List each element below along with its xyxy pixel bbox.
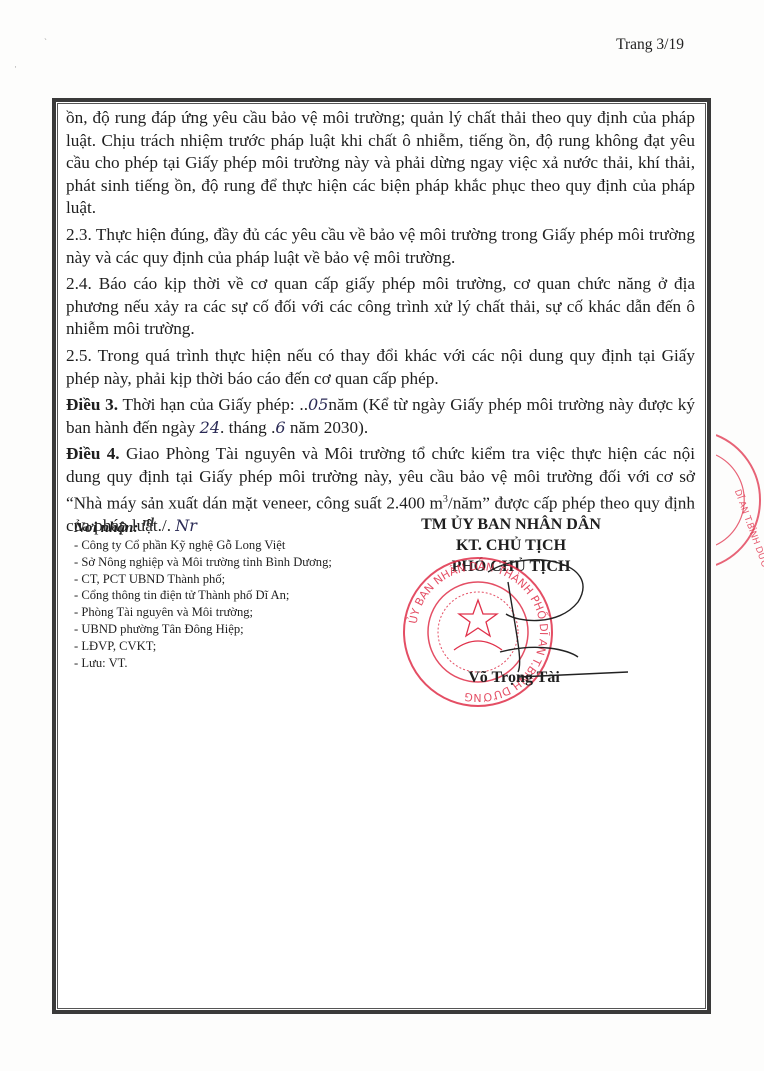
handwritten-initial: nl [142,516,154,529]
recipient-item: - Công ty Cổ phần Kỹ nghệ Gỗ Long Việt [74,537,404,554]
page-number: Trang 3/19 [616,36,684,54]
article-3-label: Điều 3. [66,395,118,414]
article-3: Điều 3. Thời hạn của Giấy phép: ..05năm … [66,394,695,439]
paragraph-2-2-continued: ồn, độ rung đáp ứng yêu cầu bảo vệ môi t… [66,107,695,220]
paragraph-2-3: 2.3. Thực hiện đúng, đầy đủ các yêu cầu … [66,224,695,269]
signature-line-1: TM ỦY BAN NHÂN DÂN [396,514,626,535]
handwritten-month: 6 [275,418,285,437]
recipient-item: - LĐVP, CVKT; [74,638,404,655]
document-body: ồn, độ rung đáp ứng yêu cầu bảo vệ môi t… [66,107,695,541]
recipient-item: - Sở Nông nghiệp và Môi trường tỉnh Bình… [74,554,404,571]
recipient-item: - CT, PCT UBND Thành phố; [74,571,404,588]
scan-speck: ˎ [44,30,47,40]
recipient-item: - UBND phường Tân Đông Hiệp; [74,621,404,638]
paragraph-2-4: 2.4. Báo cáo kịp thời về cơ quan cấp giấ… [66,273,695,341]
recipient-item: - Phòng Tài nguyên và Môi trường; [74,604,404,621]
partial-seal-icon: DĨ AN T.BÌNH DƯƠNG [716,430,764,570]
paragraph-2-5: 2.5. Trong quá trình thực hiện nếu có th… [66,345,695,390]
article-4-label: Điều 4. [66,444,120,463]
handwritten-years: 05 [308,395,328,414]
signer-name: Võ Trọng Tài [414,669,614,687]
recipient-item: - Cổng thông tin điện tử Thành phố Dĩ An… [74,587,404,604]
recipient-item: - Lưu: VT. [74,655,404,672]
scan-speck: · [14,62,17,72]
document-frame: ồn, độ rung đáp ứng yêu cầu bảo vệ môi t… [52,98,711,1014]
recipients-title: Nơi nhận: [74,520,138,536]
handwritten-day: 24 [200,418,220,437]
recipients-block: Nơi nhận: nl - Công ty Cổ phần Kỹ nghệ G… [74,514,404,671]
